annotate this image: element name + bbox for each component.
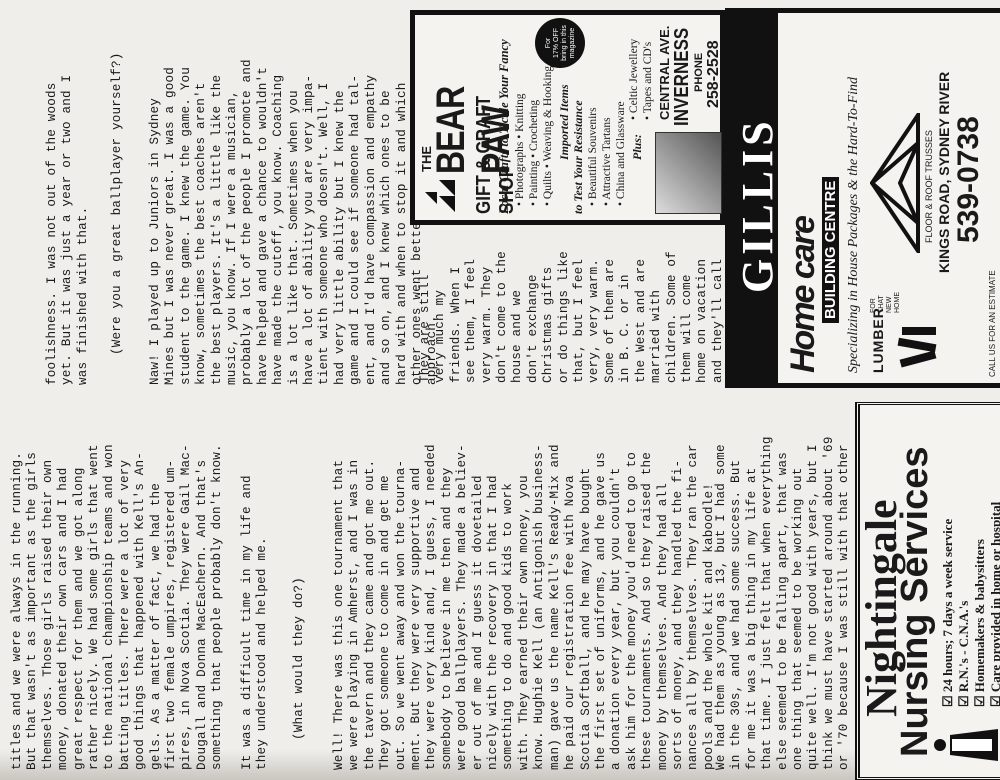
text-line: It was a difficult time in my life and (240, 475, 255, 770)
text-line: They got someone to come in and get me (378, 444, 393, 770)
nurse-illustration (930, 725, 1000, 765)
left-para-3: Well! There was this one tournament that… (332, 444, 717, 770)
bear-paw-logo-icon (421, 178, 457, 214)
bear-paw-plus-label: Plus: (630, 134, 645, 160)
text-line: But that wasn't as important as the girl… (25, 444, 40, 770)
text-line: the tavern and they came and got me out. (363, 444, 378, 770)
gillis-ad: GILLIS Home care BUILDING CENTRE Special… (725, 8, 1000, 388)
service-item: ☑ R.N.'s - C.N.A.'s (956, 502, 972, 707)
text-line: somebody to believe in me then and they (440, 444, 455, 770)
text-line: ment. But they were very supportive and (409, 444, 424, 770)
text-line: Dougall and Donna MacEachern. And that's (195, 444, 210, 770)
home-care-brand: Home care (784, 217, 823, 373)
text-line: titles and we were always in the running… (10, 444, 25, 770)
text-line: game and I could see if someone had tal- (348, 59, 363, 385)
text-line: music, you know. If I were a musician, (225, 59, 240, 385)
note-line: FOR (870, 292, 878, 313)
text-line: great respect for them and we got along (72, 444, 87, 770)
text-line: themselves. Those girls raised their own (41, 444, 56, 770)
bear-paw-phone-label: PHONE (693, 53, 705, 92)
bear-paw-tagline: Local Crafts to Tickle Your Fancy (497, 39, 512, 214)
text-line: and so on, and I knew which ones to be (379, 59, 394, 385)
lumber-illustration: LUMBER FORTHATNEWHOME (870, 293, 950, 373)
magazine-page: titles and we were always in the running… (0, 0, 1000, 780)
list-item: • Attractive Tartans (600, 101, 614, 206)
checkbox-icon: ☑ (956, 692, 971, 707)
text-line: ask him for the money you'd need to go t… (625, 444, 640, 770)
estimate-note: CALL US FOR AN ESTIMATE (988, 270, 997, 377)
text-line: the first set of uniforms, and he gave u… (594, 444, 609, 770)
bear-paw-street: CENTRAL AVE. (657, 26, 672, 120)
text-line: children. Some of (665, 251, 680, 383)
note-line: NEW (886, 292, 894, 313)
text-line: the best players. It's a little like the (210, 59, 225, 385)
text-line: don't exchange (526, 251, 541, 383)
left-para-1: titles and we were always in the running… (10, 444, 226, 770)
text-line: They are still (418, 251, 433, 383)
text-line: a donation every year, but you couldn't (609, 444, 624, 770)
checkbox-icon: ☑ (972, 692, 987, 707)
badge-line: 17% OFF (553, 18, 561, 68)
text-line: Mines but I was never great. I was a goo… (163, 59, 178, 385)
text-line: ent, and I'd have compassion and empathy (364, 59, 379, 385)
gillis-address: KINGS ROAD, SYDNEY RIVER (936, 72, 952, 273)
right-para-3: They are stillvery much myfriends. When … (418, 251, 726, 383)
text-line: something to do and good kids to work (501, 444, 516, 770)
bear-paw-ad: THE BEAR PAW GIFT & CRAFT SHOP Local Cra… (410, 10, 725, 225)
text-line: or '70 because I was still with that oth… (837, 436, 852, 770)
text-line: in B. C. or in (618, 251, 633, 383)
list-item: • Beautiful Souvenirs (586, 101, 600, 206)
text-line: tient with someone who doesn't. Well, I (317, 59, 332, 385)
question-what-would-they-do: (What would they do?) (292, 577, 307, 740)
text-line: out. So we went away and won the tourna- (394, 444, 409, 770)
text-line: have a lot of ability you are very impa- (302, 59, 317, 385)
trusses-label: FLOOR & ROOF TRUSSES (924, 130, 934, 243)
text-line: er out of me and I guess it dovetailed (471, 444, 486, 770)
text-line: and they'll call (711, 251, 726, 383)
text-line: have helped and gave a chance to wouldn'… (256, 59, 271, 385)
text-line: Christmas gifts (541, 251, 556, 383)
text-line: rather nicely. We had some girls that we… (87, 444, 102, 770)
right-para-1: foolishness. I was not out of the woodsy… (45, 75, 91, 385)
text-line: hard with and when to stop it and which (395, 59, 410, 385)
text-line: was finished with that. (76, 75, 91, 385)
service-item: ☑ Homemakers & babysitters (972, 502, 988, 707)
text-line: is a lot like that. Sometimes when you (287, 59, 302, 385)
bear-paw-imported-tagline: to Test Your Resistance (571, 100, 586, 214)
text-line: friends. When I (449, 251, 464, 383)
left-para-4: We had them as young as 13, but I had so… (714, 436, 853, 770)
text-line: they were very kind and, I guess, I need… (424, 444, 439, 770)
text-line: nicely with the recovery in that I had (486, 444, 501, 770)
service-text: Care provided in home or hospital (988, 502, 1000, 692)
bear-paw-plus-items: • Celtic Jewellery• Tapes and CD's (627, 39, 655, 120)
bear-paw-imported-heading: Imported Items (557, 84, 572, 160)
list-item: • Tapes and CD's (641, 39, 655, 120)
craft-illustration (655, 132, 722, 214)
text-line: in the 30s, and we had some success. But (729, 436, 744, 770)
text-line: Some of them are (603, 251, 618, 383)
text-line: gels. As a matter of fact, we had the (149, 444, 164, 770)
text-line: with. They earned their own money, you (517, 444, 532, 770)
nightingale-ad: Nightingale Nursing Services ☑ 24 hours;… (855, 402, 1000, 780)
text-line: married with (649, 251, 664, 383)
list-item: • Celtic Jewellery (627, 39, 641, 120)
text-line: that, but I feel (572, 251, 587, 383)
service-item: ☑ 24 hours; 7 days a week service (940, 502, 956, 707)
text-line: yet. But it was just a year or two and I (60, 75, 75, 385)
gillis-name: GILLIS (732, 117, 783, 293)
bear-paw-phone: 258-2528 (705, 40, 723, 108)
text-line: to the national championship teams and w… (102, 444, 117, 770)
list-item: • Painting • Crocheting (527, 66, 541, 206)
text-line: Naw! I played up to Juniors in Sydney (148, 59, 163, 385)
text-line: for me it was a big thing in my life at (745, 436, 760, 770)
right-para-2: Naw! I played up to Juniors in SydneyMin… (148, 59, 441, 385)
gillis-phone: 539-0738 (952, 116, 986, 243)
text-line: very, very warm. (587, 251, 602, 383)
bear-paw-imported-items: • Beautiful Souvenirs• Attractive Tartan… (586, 101, 628, 206)
text-line: these tournaments. And so they raised th… (640, 444, 655, 770)
bear-paw-local-items: • Photographs • Knitting• Painting • Cro… (513, 66, 555, 206)
text-line: pires, in Nova Scotia. They were Gail Ma… (179, 444, 194, 770)
text-line: he paid our registration fee with Nova (563, 444, 578, 770)
text-line: quite well. I'm not good with years, but… (806, 436, 821, 770)
text-line: had very little ability but I knew the (333, 59, 348, 385)
list-item: • Quilts • Weaving & Hooking (541, 66, 555, 206)
badge-line: magazine (569, 18, 577, 68)
text-line: foolishness. I was not out of the woods (45, 75, 60, 385)
list-item: • China and Glassware (614, 101, 628, 206)
text-line: student to the game. I knew the game. Yo… (179, 59, 194, 385)
text-line: money, donated their own cars and I had (56, 444, 71, 770)
text-line: We had them as young as 13, but I had so… (714, 436, 729, 770)
nightingale-title-2: Nursing Services (896, 447, 934, 757)
text-line: very warm. They (480, 251, 495, 383)
text-line: nances all by themselves. They ran the c… (686, 444, 701, 770)
checkbox-icon: ☑ (988, 692, 1000, 707)
truss-icon (870, 113, 920, 253)
text-line: that time. I just felt that when everyth… (760, 436, 775, 770)
text-line: sorts of money, and they handled the fi- (671, 444, 686, 770)
text-line: batting titles. There were a lot of very (118, 444, 133, 770)
bear-paw-town: INVERNESS (671, 28, 694, 126)
text-line: Scotia Softball, and he may have bought (579, 444, 594, 770)
text-line: home on vacation (695, 251, 710, 383)
text-line: see them, I feel (464, 251, 479, 383)
text-line: or do things like (557, 251, 572, 383)
text-line: first two female umpires, registered um- (164, 444, 179, 770)
text-line: the West and are (634, 251, 649, 383)
service-text: 24 hours; 7 days a week service (940, 519, 955, 692)
text-line: house and we (510, 251, 525, 383)
text-line: man) gave us the name Kell's Ready-Mix a… (548, 444, 563, 770)
text-line: them will come (680, 251, 695, 383)
question-ballplayer: (Were you a great ballplayer yourself?) (110, 52, 125, 355)
service-item: ☑ Care provided in home or hospital (988, 502, 1000, 707)
text-line: money by themselves. And they had all (656, 444, 671, 770)
nightingale-services-list: ☑ 24 hours; 7 days a week service☑ R.N.'… (940, 502, 1000, 707)
text-line: very much my (433, 251, 448, 383)
list-item: • Photographs • Knitting (513, 66, 527, 206)
text-line: something that people probably don't kno… (210, 444, 225, 770)
text-line: have made the cutoff, you know. Coaching (271, 59, 286, 385)
text-line: were good ballplayers. They made a belie… (455, 444, 470, 770)
discount-badge: For17% OFFbring in thismagazine (535, 18, 585, 68)
text-line: think we must have started around about … (822, 436, 837, 770)
text-line: don't come to the (495, 251, 510, 383)
text-line: know, sometimes the best coaches aren't (194, 59, 209, 385)
gillis-slogan: Specializing in House Packages & the Har… (846, 77, 862, 373)
note-line: THAT (878, 292, 886, 313)
text-line: Well! There was this one tournament that (332, 444, 347, 770)
service-text: Homemakers & babysitters (972, 539, 987, 692)
text-line: they understood and helped me. (255, 475, 270, 770)
badge-line: For (545, 18, 553, 68)
text-line: know. Hughie Kell (an Antigonish busines… (532, 444, 547, 770)
left-para-2: It was a difficult time in my life andth… (240, 475, 271, 770)
badge-line: bring in this (561, 18, 569, 68)
text-line: else seemed to be falling apart, that wa… (776, 436, 791, 770)
note-line: HOME (894, 292, 902, 313)
text-line: we were playing in Amherst, and I was in (347, 444, 362, 770)
text-line: one thing that seemed to be working out (791, 436, 806, 770)
service-text: R.N.'s - C.N.A.'s (956, 601, 971, 692)
building-centre-label: BUILDING CENTRE (822, 177, 839, 323)
lumber-note: FORTHATNEWHOME (870, 292, 902, 313)
checkbox-icon: ☑ (940, 692, 955, 707)
text-line: probably a lot of the people I promote a… (240, 59, 255, 385)
text-line: good things that happened with Kell's An… (133, 444, 148, 770)
